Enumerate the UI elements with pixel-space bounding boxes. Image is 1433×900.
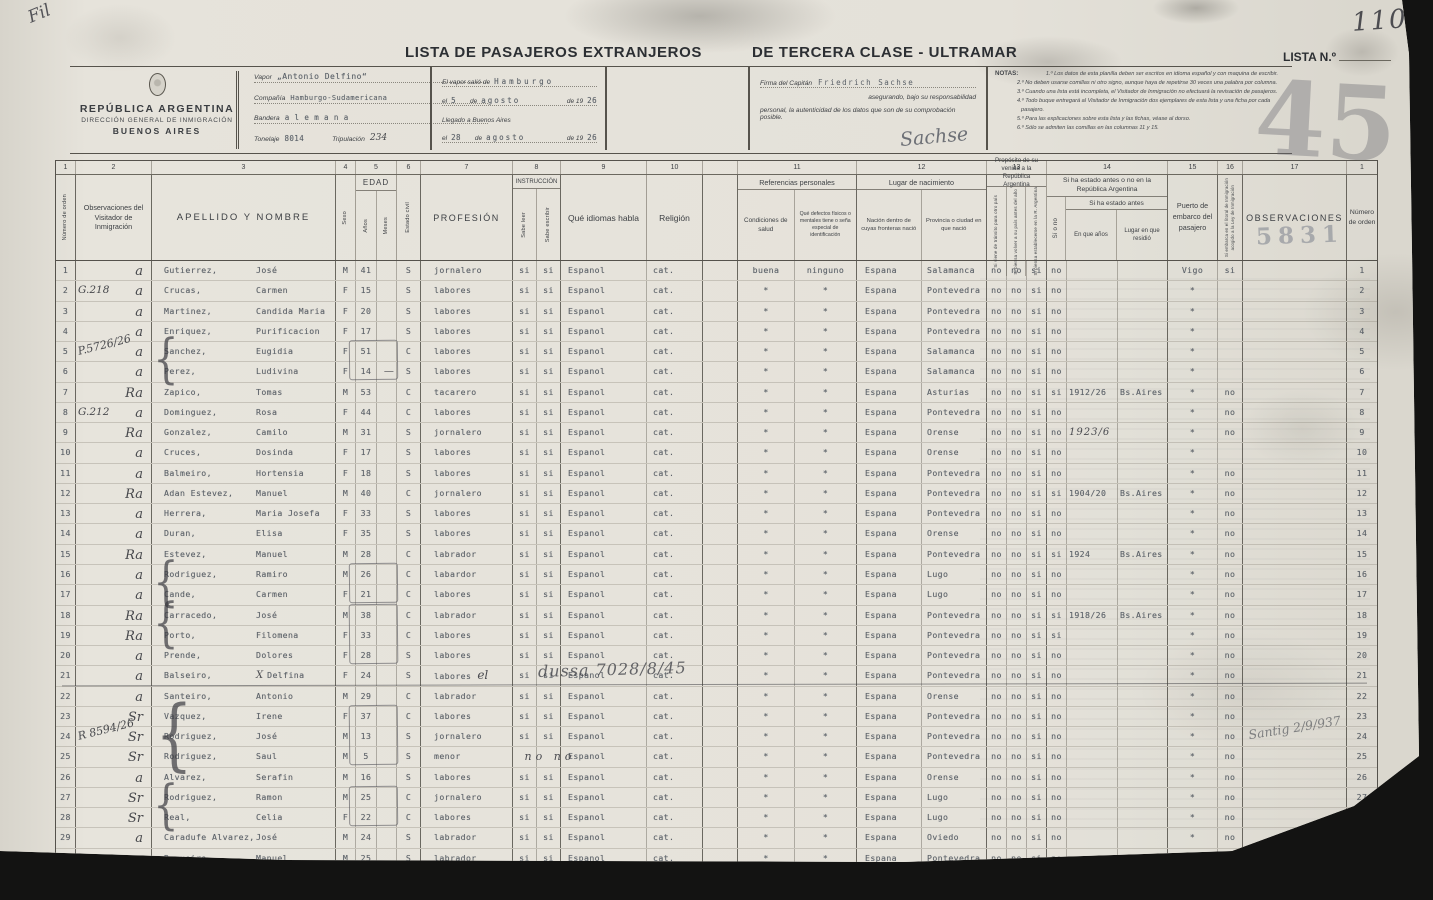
cell-transit: no bbox=[987, 687, 1007, 706]
typed-text: S bbox=[406, 751, 411, 761]
cell-surname: Crucas, bbox=[164, 281, 256, 300]
cell-embark-port: * bbox=[1168, 768, 1218, 787]
cell-col16 bbox=[1218, 342, 1243, 361]
cell-province: Orense bbox=[922, 687, 987, 706]
cell-age-months bbox=[377, 484, 397, 503]
cell-profession: labores bbox=[421, 808, 513, 827]
cell-years-before: 1924 bbox=[1067, 545, 1118, 564]
cell-return: no bbox=[1007, 443, 1027, 462]
header-estado-antes: Si ha estado antes o no en la República … bbox=[1047, 175, 1167, 197]
typed-text: * bbox=[1190, 610, 1195, 620]
cell-province: Pontevedra bbox=[922, 403, 987, 422]
cell-health: * bbox=[738, 281, 795, 300]
cell-observations bbox=[1243, 545, 1347, 564]
cell-profession: labores bbox=[421, 707, 513, 726]
cell-observations bbox=[1243, 808, 1347, 827]
typed-text: si bbox=[1031, 610, 1042, 620]
cell-place-resided bbox=[1118, 464, 1168, 483]
cell-return: no bbox=[1007, 585, 1027, 604]
typed-text: Espana bbox=[865, 650, 897, 660]
cell-writes: si bbox=[537, 849, 561, 868]
cell-gap bbox=[703, 666, 738, 685]
header-si-ha-estado: Si ha estado antes bbox=[1066, 197, 1167, 210]
cell-been-before: si bbox=[1047, 545, 1067, 564]
pencil-mark: a bbox=[135, 525, 143, 544]
typed-text: Espanol bbox=[568, 306, 605, 316]
cell-settle: si bbox=[1027, 545, 1047, 564]
typed-text: cat. bbox=[653, 711, 674, 721]
header-col16-line1: Si embarca en el litoral de Inmigración bbox=[1225, 178, 1230, 257]
coat-of-arms-icon bbox=[149, 73, 166, 96]
typed-text: S bbox=[406, 650, 411, 660]
cell-given-name: Tomas bbox=[256, 387, 283, 397]
cell-religion: cat. bbox=[647, 504, 703, 523]
typed-text: * bbox=[763, 346, 768, 356]
cell-place-resided: Bs.Aires bbox=[1118, 606, 1168, 625]
pencil-mark: Ra bbox=[125, 485, 143, 504]
typed-text: 4 bbox=[63, 326, 68, 336]
cell-visitador-observations: a bbox=[76, 585, 152, 604]
typed-text: * bbox=[823, 549, 828, 559]
typed-text: si bbox=[1031, 306, 1042, 316]
cell-settle: si bbox=[1027, 322, 1047, 341]
typed-text: labores bbox=[434, 812, 471, 822]
column-number: 16 bbox=[1218, 161, 1243, 174]
cell-been-before: si bbox=[1047, 484, 1067, 503]
cell-civil-status: C bbox=[397, 788, 421, 807]
cell-reads: si bbox=[513, 524, 537, 543]
typed-text: Espana bbox=[865, 832, 897, 842]
cell-surname: Sanchez, bbox=[164, 342, 256, 361]
typed-text: labores bbox=[434, 407, 471, 417]
cell-been-before: no bbox=[1047, 727, 1067, 746]
typed-text: no bbox=[1051, 427, 1062, 437]
typed-text: si bbox=[519, 427, 530, 437]
cell-order-number-right: 14 bbox=[1347, 524, 1377, 543]
cell-years-before bbox=[1067, 646, 1118, 665]
header-si-o-no-label: Sí o no bbox=[1053, 218, 1060, 238]
cell-observations bbox=[1243, 565, 1347, 584]
cell-observations bbox=[1243, 849, 1347, 868]
cell-settle: si bbox=[1027, 261, 1047, 280]
header-sabe-escribir: Sabe escribir bbox=[537, 189, 560, 260]
typed-text: si bbox=[1031, 812, 1042, 822]
header-instruccion-group: INSTRUCCIÓN Sabe leer Sabe escribir bbox=[513, 175, 561, 260]
typed-text: Espana bbox=[865, 427, 897, 437]
header-lugar-nacimiento: Lugar de nacimiento bbox=[857, 175, 986, 190]
typed-text: si bbox=[1031, 589, 1042, 599]
cell-religion: cat. bbox=[647, 484, 703, 503]
cell-order-number-left: 21 bbox=[56, 666, 76, 685]
typed-text: Orense bbox=[927, 772, 959, 782]
typed-text: C bbox=[406, 387, 411, 397]
cell-gap bbox=[703, 707, 738, 726]
cell-writes: si bbox=[537, 727, 561, 746]
pencil-mark: a bbox=[135, 829, 143, 848]
cell-province: Asturias bbox=[922, 383, 987, 402]
typed-text: si bbox=[1225, 265, 1236, 275]
column-number: 1 bbox=[56, 161, 76, 174]
cell-transit: no bbox=[987, 484, 1007, 503]
cell-age-years: 25 bbox=[356, 849, 377, 868]
typed-text: * bbox=[823, 285, 828, 295]
cell-observations bbox=[1243, 626, 1347, 645]
cell-reads: si bbox=[513, 626, 537, 645]
table-row: 8G.212aDominguez,RosaF44ClaboressisiEspa… bbox=[56, 403, 1377, 423]
cell-transit: no bbox=[987, 747, 1007, 766]
cell-embark-port: * bbox=[1168, 585, 1218, 604]
cell-embark-port: * bbox=[1168, 464, 1218, 483]
typed-text: si bbox=[543, 853, 554, 863]
typed-text: Espana bbox=[865, 711, 897, 721]
cell-religion: cat. bbox=[647, 545, 703, 564]
column-number: 11 bbox=[738, 161, 857, 174]
column-number: 5 bbox=[356, 161, 397, 174]
typed-text: cat. bbox=[653, 488, 674, 498]
typed-text: Lugo bbox=[927, 812, 948, 822]
cell-province: Pontevedra bbox=[922, 626, 987, 645]
typed-text: no bbox=[1011, 751, 1022, 761]
typed-text: 7 bbox=[63, 387, 68, 397]
typed-text: 16 bbox=[361, 772, 372, 782]
typed-text: no bbox=[1051, 751, 1062, 761]
cell-age-months bbox=[377, 565, 397, 584]
cell-profession: labores bbox=[421, 322, 513, 341]
typed-text: no bbox=[1225, 772, 1236, 782]
cell-religion: cat. bbox=[647, 788, 703, 807]
typed-text: no bbox=[991, 569, 1002, 579]
cell-gap bbox=[703, 281, 738, 300]
header-band: REPÚBLICA ARGENTINA DIRECCIÓN GENERAL DE… bbox=[70, 66, 1292, 154]
typed-text: labores bbox=[434, 306, 471, 316]
cell-profession: labrador bbox=[421, 606, 513, 625]
cell-reads: si bbox=[513, 646, 537, 665]
typed-text: cat. bbox=[653, 549, 674, 559]
typed-text: * bbox=[1190, 387, 1195, 397]
typed-text: no bbox=[1051, 691, 1062, 701]
typed-text: labores bbox=[434, 589, 471, 599]
cell-age-months bbox=[377, 707, 397, 726]
typed-text: * bbox=[1190, 447, 1195, 457]
cell-given-name: Antonio bbox=[256, 691, 293, 701]
cell-defects: ninguno bbox=[795, 261, 857, 280]
cell-nation: Espana bbox=[857, 322, 922, 341]
typed-text: no bbox=[1051, 285, 1062, 295]
cell-place-resided bbox=[1118, 849, 1168, 868]
typed-text: no bbox=[991, 265, 1002, 275]
typed-text: si bbox=[519, 812, 530, 822]
typed-text: 19 bbox=[60, 630, 71, 640]
typed-text: no bbox=[1225, 508, 1236, 518]
cell-sex: M bbox=[336, 484, 356, 503]
cell-reads: no no bbox=[513, 747, 537, 766]
cell-years-before bbox=[1067, 747, 1118, 766]
cell-visitador-observations: a bbox=[76, 666, 152, 685]
cell-sex: F bbox=[336, 464, 356, 483]
cell-age-months bbox=[377, 808, 397, 827]
cell-given-name: Ludivina bbox=[256, 366, 299, 376]
typed-text: si bbox=[543, 508, 554, 518]
typed-text: M bbox=[343, 387, 348, 397]
typed-text: Pontevedra bbox=[927, 407, 980, 417]
cell-civil-status: S bbox=[397, 646, 421, 665]
cell-writes: si bbox=[537, 484, 561, 503]
cell-defects: * bbox=[795, 545, 857, 564]
typed-text: no bbox=[1225, 569, 1236, 579]
typed-text: Pontevedra bbox=[927, 670, 980, 680]
typed-text: F bbox=[343, 650, 348, 660]
typed-text: S bbox=[406, 468, 411, 478]
cell-years-before bbox=[1067, 666, 1118, 685]
cell-name: Rodriguez,José bbox=[152, 727, 336, 746]
typed-text: 8 bbox=[1359, 407, 1364, 417]
cell-writes: si bbox=[537, 788, 561, 807]
typed-text: si bbox=[519, 407, 530, 417]
cell-observations bbox=[1243, 281, 1347, 300]
typed-text: C bbox=[406, 630, 411, 640]
cell-place-resided bbox=[1118, 403, 1168, 422]
typed-text: 15 bbox=[361, 285, 372, 295]
cell-years-before bbox=[1067, 788, 1118, 807]
cell-age-years: 16 bbox=[356, 768, 377, 787]
typed-text: * bbox=[1190, 407, 1195, 417]
cell-order-number-left: 5 bbox=[56, 342, 76, 361]
cell-age-years: 21 bbox=[356, 585, 377, 604]
cell-sex: M bbox=[336, 788, 356, 807]
typed-text: labores bbox=[434, 711, 471, 721]
typed-text: * bbox=[763, 731, 768, 741]
cell-nation: Espana bbox=[857, 464, 922, 483]
typed-text: no bbox=[1051, 528, 1062, 538]
cell-province: Pontevedra bbox=[922, 707, 987, 726]
typed-text: 26 bbox=[1357, 772, 1368, 782]
typed-text: * bbox=[763, 610, 768, 620]
cell-age-years: 22 bbox=[356, 808, 377, 827]
typed-text: * bbox=[763, 589, 768, 599]
cell-civil-status: S bbox=[397, 828, 421, 847]
cell-settle: si bbox=[1027, 626, 1047, 645]
typed-text: F bbox=[343, 468, 348, 478]
cell-nation: Espana bbox=[857, 666, 922, 685]
typed-text: cat. bbox=[653, 792, 674, 802]
typed-text: * bbox=[1190, 630, 1195, 640]
cell-civil-status: C bbox=[397, 342, 421, 361]
typed-text: si bbox=[519, 792, 530, 802]
cell-writes: si bbox=[537, 666, 561, 685]
pencil-mark: a bbox=[135, 769, 143, 788]
typed-text: si bbox=[519, 488, 530, 498]
typed-text: si bbox=[543, 326, 554, 336]
cell-reads: si bbox=[513, 443, 537, 462]
cell-age-months bbox=[377, 302, 397, 321]
cell-name: Perez,Ludivina bbox=[152, 362, 336, 381]
typed-text: si bbox=[1031, 772, 1042, 782]
cell-col16: no bbox=[1218, 565, 1243, 584]
cell-settle: si bbox=[1027, 687, 1047, 706]
typed-text: Espana bbox=[865, 366, 897, 376]
cell-surname: Rodriguez, bbox=[164, 747, 256, 766]
cell-province: Orense bbox=[922, 524, 987, 543]
header-numero-orden-right: Número de orden bbox=[1347, 175, 1377, 260]
cell-order-number-left: 13 bbox=[56, 504, 76, 523]
cell-profession: labores bbox=[421, 585, 513, 604]
typed-text: no bbox=[1225, 650, 1236, 660]
cell-transit: no bbox=[987, 545, 1007, 564]
pencil-x-mark: X bbox=[256, 670, 263, 681]
cell-name: Balmeiro,Hortensia bbox=[152, 464, 336, 483]
cell-nation: Espana bbox=[857, 302, 922, 321]
cell-religion: cat. bbox=[647, 261, 703, 280]
typed-text: cat. bbox=[653, 691, 674, 701]
typed-text: si bbox=[519, 549, 530, 559]
cell-years-before bbox=[1067, 565, 1118, 584]
typed-text: no bbox=[1011, 650, 1022, 660]
header-proposito: Propósito de su venida a la República Ar… bbox=[987, 159, 1046, 187]
cell-been-before: no bbox=[1047, 281, 1067, 300]
cell-place-resided bbox=[1118, 646, 1168, 665]
typed-text: labrador bbox=[434, 832, 477, 842]
typed-text: Pontevedra bbox=[927, 488, 980, 498]
cell-surname: Enriquez, bbox=[164, 322, 256, 341]
el-label-2: el bbox=[442, 135, 447, 142]
typed-text: 6 bbox=[63, 366, 68, 376]
cell-sex: M bbox=[336, 565, 356, 584]
typed-text: no bbox=[1011, 468, 1022, 478]
typed-text: jornalero bbox=[434, 265, 482, 275]
cell-civil-status: S bbox=[397, 261, 421, 280]
table-row: 24R 8594/26SrRodriguez,JoséM13Sjornalero… bbox=[56, 727, 1377, 747]
typed-text: Lugo bbox=[927, 792, 948, 802]
typed-text: si bbox=[543, 447, 554, 457]
typed-text: no bbox=[1011, 691, 1022, 701]
cell-transit: no bbox=[987, 504, 1007, 523]
captain-signature: Sachse bbox=[899, 123, 969, 151]
typed-text: no bbox=[1051, 731, 1062, 741]
cell-surname: Rodriguez, bbox=[164, 565, 256, 584]
cell-place-resided bbox=[1118, 322, 1168, 341]
cell-sex: M bbox=[336, 828, 356, 847]
cell-order-number-left: 15 bbox=[56, 545, 76, 564]
cell-province: Pontevedra bbox=[922, 464, 987, 483]
cell-observations bbox=[1243, 646, 1347, 665]
cell-age-months bbox=[377, 768, 397, 787]
pencil-mark: a bbox=[135, 465, 143, 484]
cell-sex: M bbox=[336, 747, 356, 766]
column-number: 14 bbox=[1047, 161, 1168, 174]
typed-text: Espanol bbox=[568, 630, 605, 640]
cell-nation: Espana bbox=[857, 281, 922, 300]
cell-given-name: Filomena bbox=[256, 630, 299, 640]
cell-settle: si bbox=[1027, 403, 1047, 422]
header-lugar-nacimiento-group: Lugar de nacimiento Nación dentro de cuy… bbox=[857, 175, 987, 260]
typed-text: no bbox=[1051, 508, 1062, 518]
cell-age-years: 17 bbox=[356, 322, 377, 341]
cell-name: Cande,Carmen bbox=[152, 585, 336, 604]
cell-been-before: no bbox=[1047, 788, 1067, 807]
typed-text: 30 bbox=[1357, 853, 1368, 863]
cell-defects: * bbox=[795, 788, 857, 807]
cell-profession: jornalero bbox=[421, 423, 513, 442]
cell-observations bbox=[1243, 666, 1347, 685]
pencil-mark: Ra bbox=[125, 627, 143, 646]
typed-text: * bbox=[1190, 792, 1195, 802]
cell-visitador-observations: a bbox=[76, 464, 152, 483]
cell-gap bbox=[703, 687, 738, 706]
cell-gap bbox=[703, 383, 738, 402]
cell-writes: si bbox=[537, 687, 561, 706]
cell-health: * bbox=[738, 768, 795, 787]
cell-given-name: Delfina bbox=[267, 670, 304, 680]
cell-transit: no bbox=[987, 808, 1007, 827]
cell-place-resided bbox=[1118, 585, 1168, 604]
typed-text: no bbox=[991, 772, 1002, 782]
cell-profession: labores bbox=[421, 362, 513, 381]
cell-order-number-right: 1 bbox=[1347, 261, 1377, 280]
cell-order-number-right: 2 bbox=[1347, 281, 1377, 300]
typed-text: Vigo bbox=[1182, 265, 1203, 275]
table-rows: 1aGutierrez,JoséM41SjornalerosisiEspanol… bbox=[56, 261, 1377, 869]
cell-age-months bbox=[377, 747, 397, 766]
cell-nation: Espana bbox=[857, 423, 922, 442]
cell-transit: no bbox=[987, 606, 1007, 625]
typed-text: menor bbox=[434, 751, 461, 761]
cell-age-months bbox=[377, 383, 397, 402]
cell-profession: labores bbox=[421, 646, 513, 665]
typed-text: no bbox=[1051, 306, 1062, 316]
typed-text: 5 bbox=[63, 346, 68, 356]
cell-province: Pontevedra bbox=[922, 646, 987, 665]
typed-text: jornalero bbox=[434, 427, 482, 437]
cell-return: no bbox=[1007, 666, 1027, 685]
typed-text: Salamanca bbox=[927, 265, 975, 275]
pencil-mark: a bbox=[135, 303, 143, 322]
header-proposito-sub1-label: Si viene de tránsito para otro país bbox=[994, 195, 999, 268]
cell-gap bbox=[703, 747, 738, 766]
typed-text: 2 bbox=[63, 285, 68, 295]
cell-years-before bbox=[1067, 302, 1118, 321]
cell-been-before: si bbox=[1047, 383, 1067, 402]
typed-text: * bbox=[1190, 650, 1195, 660]
cell-language: Espanol bbox=[561, 828, 647, 847]
cell-gap bbox=[703, 464, 738, 483]
cell-defects: * bbox=[795, 484, 857, 503]
cell-nation: Espana bbox=[857, 484, 922, 503]
cell-transit: no bbox=[987, 362, 1007, 381]
nota-item: 3.º Cuando una lista está incompleta, el… bbox=[995, 88, 1291, 97]
header-condiciones-salud: Condiciones de salud bbox=[738, 190, 795, 260]
cell-order-number-left: 4 bbox=[56, 322, 76, 341]
cell-reads: si bbox=[513, 707, 537, 726]
cell-place-resided bbox=[1118, 524, 1168, 543]
typed-text: labores bbox=[434, 346, 471, 356]
typed-text: cat. bbox=[653, 751, 674, 761]
cell-name: Enriquez,Purificacion bbox=[152, 322, 336, 341]
typed-text: no bbox=[991, 528, 1002, 538]
typed-text: no bbox=[1225, 832, 1236, 842]
cell-settle: si bbox=[1027, 383, 1047, 402]
typed-text: no bbox=[1051, 670, 1062, 680]
table-row: 1aGutierrez,JoséM41SjornalerosisiEspanol… bbox=[56, 261, 1377, 281]
typed-text: no bbox=[991, 366, 1002, 376]
typed-text: no bbox=[1225, 711, 1236, 721]
cell-transit: no bbox=[987, 646, 1007, 665]
cell-col16: no bbox=[1218, 727, 1243, 746]
typed-text: si bbox=[1031, 468, 1042, 478]
cell-observations bbox=[1243, 585, 1347, 604]
table-row: 2G.218aCrucas,CarmenF15SlaboressisiEspan… bbox=[56, 281, 1377, 301]
cell-embark-port: * bbox=[1168, 443, 1218, 462]
typed-text: si bbox=[1051, 387, 1062, 397]
